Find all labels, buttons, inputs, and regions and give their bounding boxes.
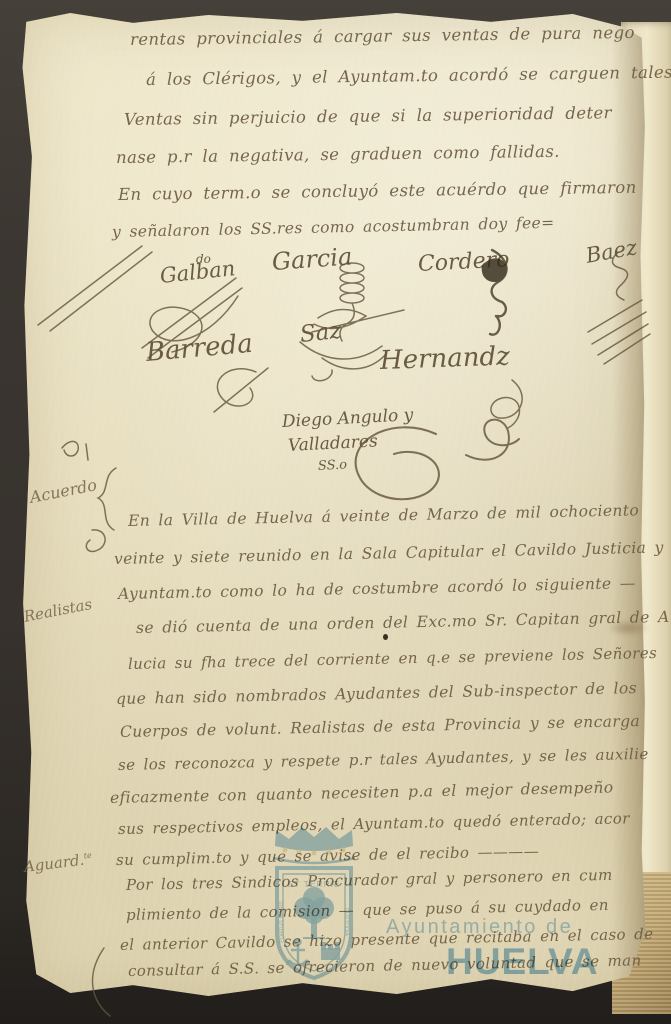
ink-smudge	[606, 620, 650, 636]
manuscript-page	[20, 8, 648, 1000]
manuscript-photo: rentas provinciales á cargar sus ventas …	[0, 0, 671, 1024]
ink-blot	[383, 634, 388, 640]
